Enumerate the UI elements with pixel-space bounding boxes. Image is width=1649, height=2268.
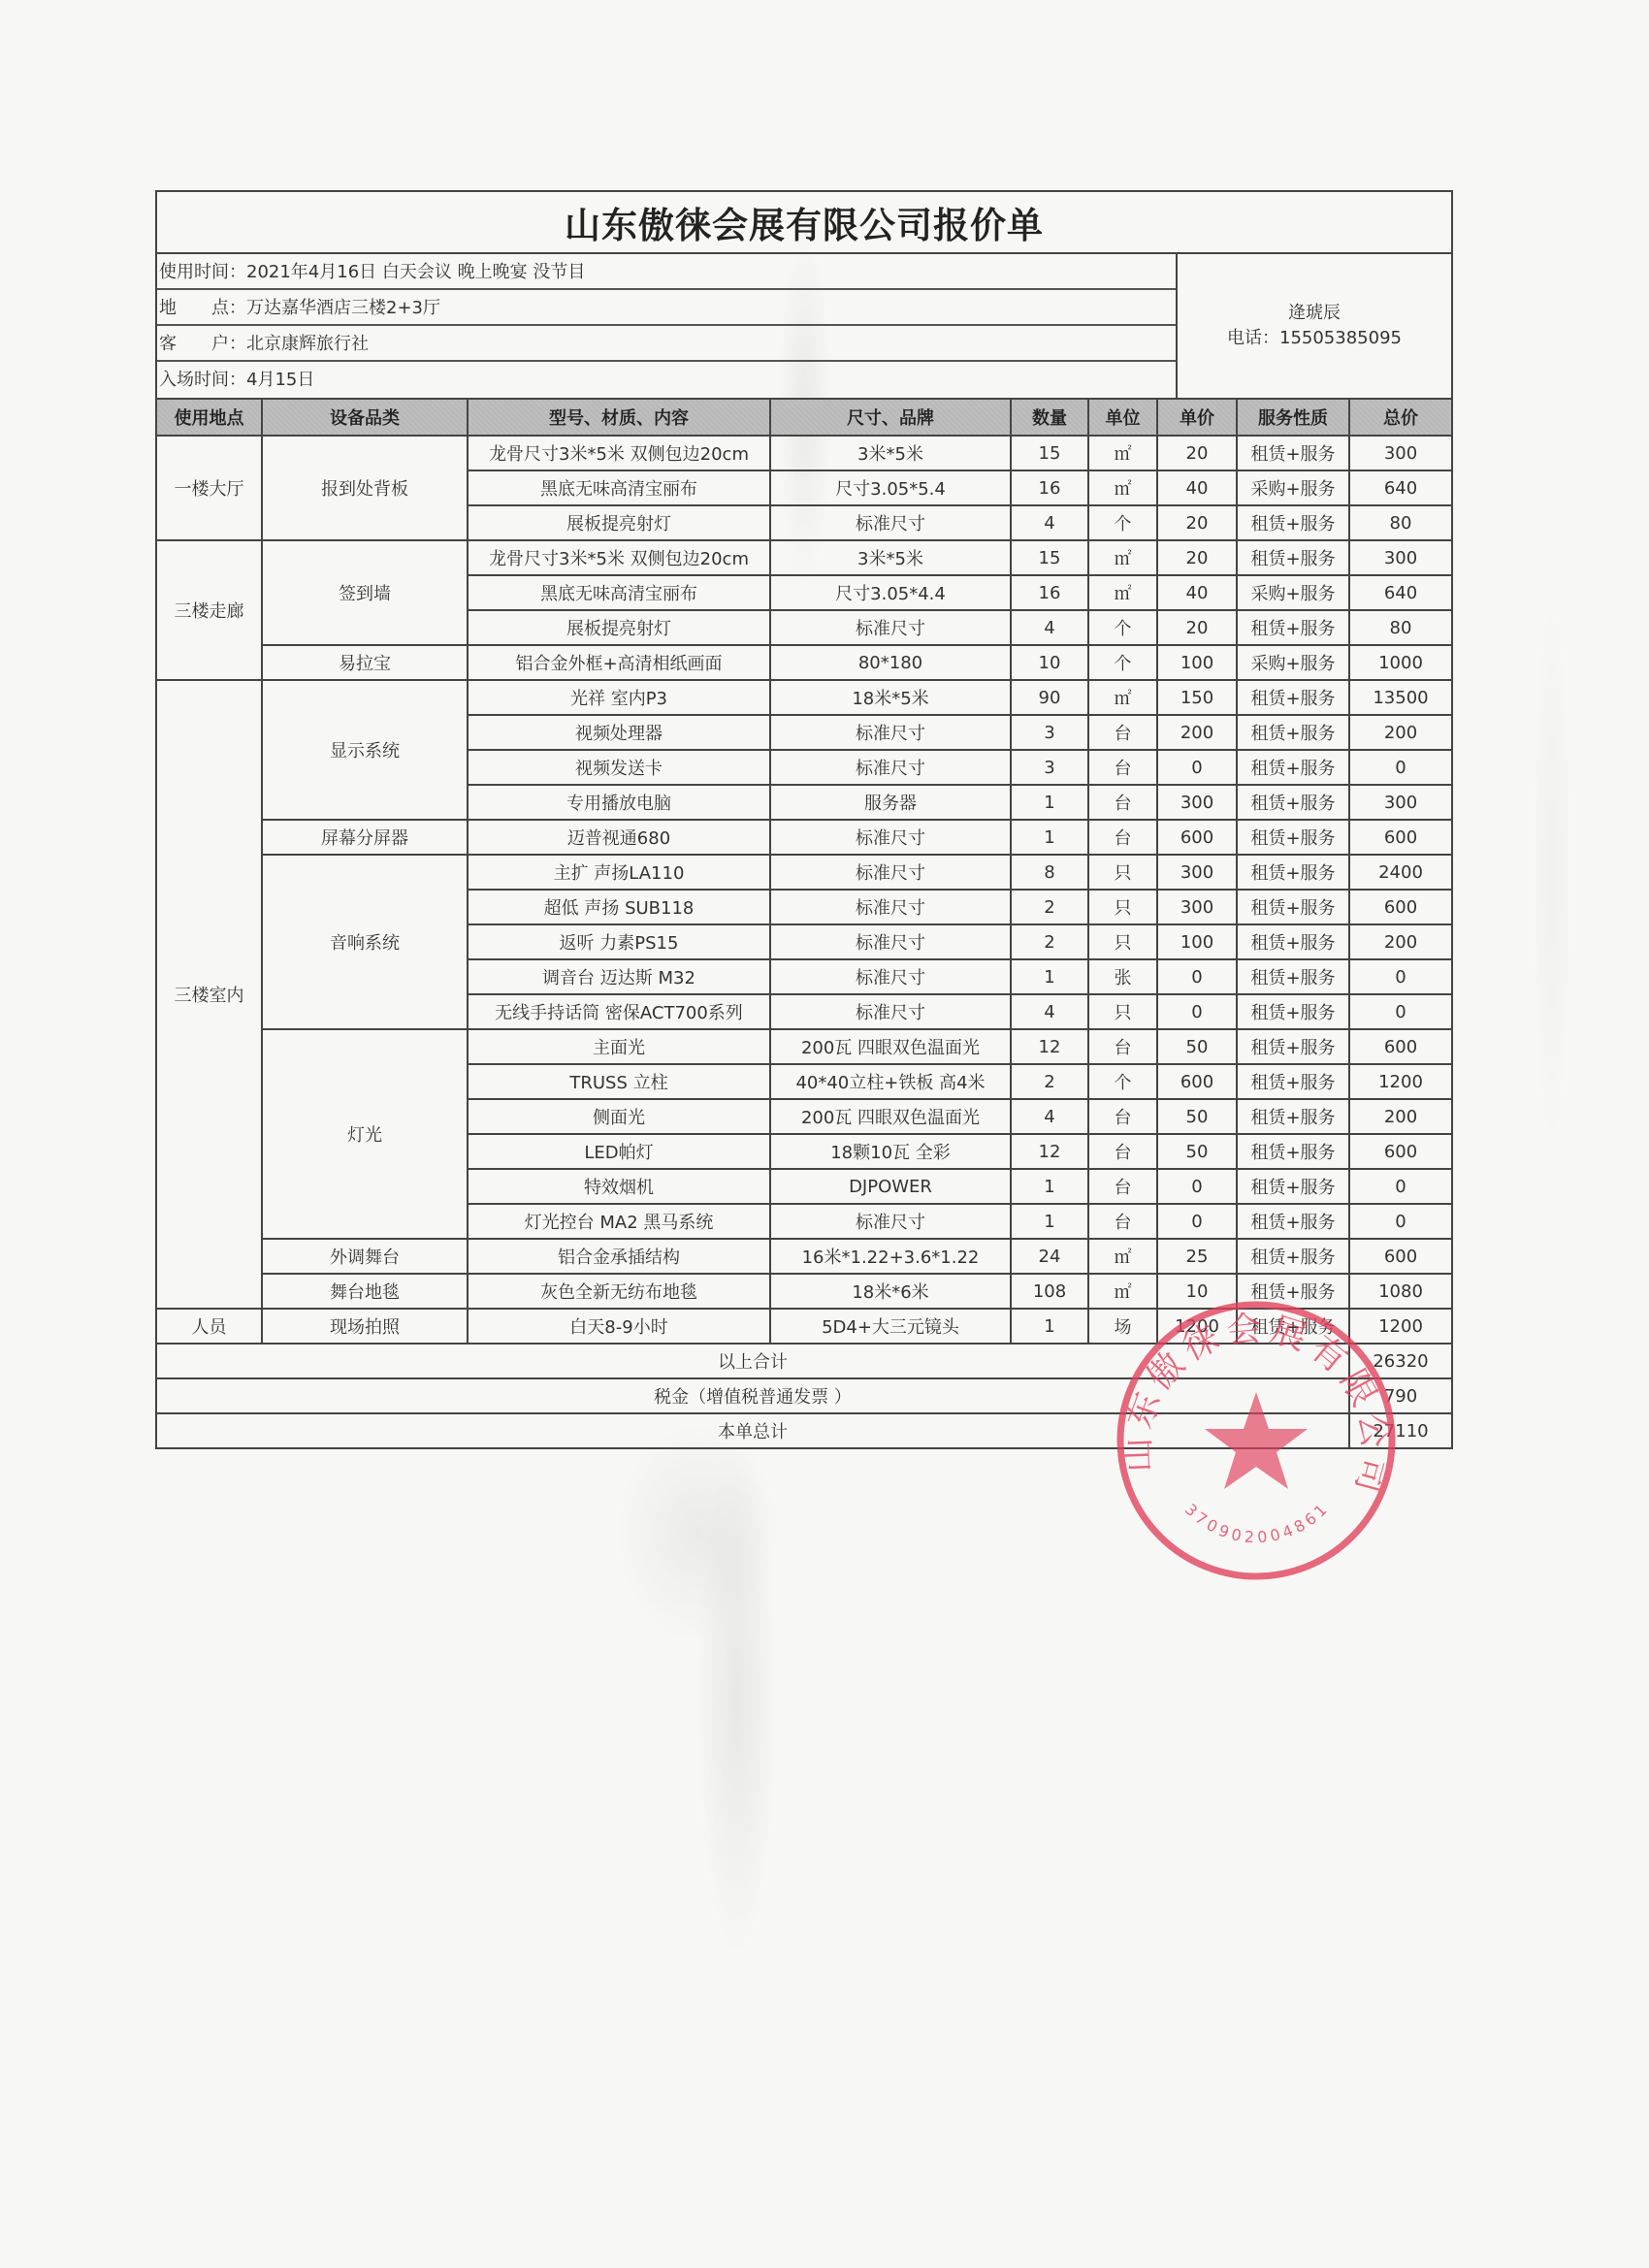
cell-unit-price: 20 (1157, 436, 1237, 470)
cell-service-type: 租赁+服务 (1237, 750, 1349, 785)
cell-item: 迈普视通680 (468, 820, 770, 855)
cell-spec: 3米*5米 (770, 436, 1011, 470)
location: 地 点：万达嘉华酒店三楼2+3厅 (157, 290, 1176, 326)
cell-total: 1080 (1349, 1274, 1451, 1309)
cell-unit-price: 0 (1157, 1204, 1237, 1239)
cell-category: 报到处背板 (262, 436, 468, 540)
cell-total: 0 (1349, 750, 1451, 785)
cell-spec: 18米*5米 (770, 680, 1011, 715)
cell-spec: 18颗10瓦 全彩 (770, 1134, 1011, 1169)
cell-quantity: 1 (1011, 1169, 1088, 1204)
cell-unit-price: 20 (1157, 505, 1237, 540)
cell-unit-price: 200 (1157, 715, 1237, 750)
cell-total: 300 (1349, 540, 1451, 575)
cell-unit: 只 (1088, 924, 1157, 959)
quotation-sheet: 山东傲徕会展有限公司报价单 使用时间：2021年4月16日 白天会议 晚上晚宴 … (155, 190, 1453, 1449)
cell-unit: 只 (1088, 994, 1157, 1029)
cell-unit: ㎡ (1088, 470, 1157, 505)
cell-quantity: 24 (1011, 1239, 1088, 1274)
contact-name: 逄琥辰 (1288, 301, 1341, 326)
cell-service-type: 租赁+服务 (1237, 1239, 1349, 1274)
cell-service-type: 租赁+服务 (1237, 785, 1349, 820)
cell-quantity: 2 (1011, 890, 1088, 924)
cell-service-type: 租赁+服务 (1237, 680, 1349, 715)
cell-quantity: 4 (1011, 610, 1088, 645)
cell-item: 龙骨尺寸3米*5米 双侧包边20cm (468, 540, 770, 575)
table-row: 音响系统主扩 声扬LA110标准尺寸8只300租赁+服务2400 (157, 855, 1451, 890)
table-row: 易拉宝铝合金外框+高清相纸画面80*18010个100采购+服务1000 (157, 645, 1451, 680)
cell-service-type: 租赁+服务 (1237, 540, 1349, 575)
cell-unit: ㎡ (1088, 1274, 1157, 1309)
cell-service-type: 租赁+服务 (1237, 436, 1349, 470)
cell-item: 超低 声扬 SUB118 (468, 890, 770, 924)
cell-item: 主面光 (468, 1029, 770, 1064)
cell-spec: 标准尺寸 (770, 505, 1011, 540)
cell-category: 屏幕分屏器 (262, 820, 468, 855)
cell-item: 主扩 声扬LA110 (468, 855, 770, 890)
cell-unit-price: 150 (1157, 680, 1237, 715)
cell-service-type: 租赁+服务 (1237, 855, 1349, 890)
cell-service-type: 租赁+服务 (1237, 1064, 1349, 1099)
cell-unit: 只 (1088, 855, 1157, 890)
summary-row: 税金（增值税普通发票 ）790 (157, 1378, 1451, 1413)
cell-service-type: 采购+服务 (1237, 575, 1349, 610)
cell-item: 铝合金外框+高清相纸画面 (468, 645, 770, 680)
summary-value: 790 (1349, 1378, 1451, 1413)
summary-label: 以上合计 (157, 1344, 1349, 1378)
cell-total: 640 (1349, 575, 1451, 610)
cell-unit: 台 (1088, 820, 1157, 855)
cell-item: 白天8-9小时 (468, 1309, 770, 1344)
cell-unit: 台 (1088, 1029, 1157, 1064)
cell-spec: 标准尺寸 (770, 994, 1011, 1029)
summary-label: 本单总计 (157, 1413, 1349, 1447)
cell-item: 展板提亮射灯 (468, 610, 770, 645)
cell-quantity: 4 (1011, 1099, 1088, 1134)
cell-unit: 场 (1088, 1309, 1157, 1344)
cell-unit-price: 10 (1157, 1274, 1237, 1309)
cell-service-type: 租赁+服务 (1237, 505, 1349, 540)
info-block: 使用时间：2021年4月16日 白天会议 晚上晚宴 没节目 地 点：万达嘉华酒店… (157, 254, 1451, 400)
cell-service-type: 采购+服务 (1237, 645, 1349, 680)
cell-category: 舞台地毯 (262, 1274, 468, 1309)
cell-unit-price: 50 (1157, 1029, 1237, 1064)
cell-unit: 台 (1088, 715, 1157, 750)
cell-quantity: 12 (1011, 1029, 1088, 1064)
cell-item: 返听 力素PS15 (468, 924, 770, 959)
cell-total: 1200 (1349, 1064, 1451, 1099)
cell-unit-price: 300 (1157, 855, 1237, 890)
table-row: 舞台地毯灰色全新无纺布地毯18米*6米108㎡10租赁+服务1080 (157, 1274, 1451, 1309)
cell-service-type: 租赁+服务 (1237, 994, 1349, 1029)
cell-quantity: 2 (1011, 924, 1088, 959)
cell-unit: 台 (1088, 1134, 1157, 1169)
cell-item: 视频处理器 (468, 715, 770, 750)
cell-quantity: 4 (1011, 505, 1088, 540)
cell-total: 0 (1349, 959, 1451, 994)
cell-unit-price: 100 (1157, 645, 1237, 680)
column-header: 设备品类 (262, 400, 468, 436)
cell-unit-price: 300 (1157, 785, 1237, 820)
cell-quantity: 1 (1011, 959, 1088, 994)
cell-location: 三楼走廊 (157, 540, 262, 680)
cell-item: LED帕灯 (468, 1134, 770, 1169)
cell-total: 80 (1349, 505, 1451, 540)
cell-location: 人员 (157, 1309, 262, 1344)
summary-row: 以上合计26320 (157, 1344, 1451, 1378)
cell-quantity: 15 (1011, 436, 1088, 470)
cell-unit: 台 (1088, 1169, 1157, 1204)
cell-item: 展板提亮射灯 (468, 505, 770, 540)
table-row: 一楼大厅报到处背板龙骨尺寸3米*5米 双侧包边20cm3米*5米15㎡20租赁+… (157, 436, 1451, 470)
cell-item: 调音台 迈达斯 M32 (468, 959, 770, 994)
cell-total: 300 (1349, 436, 1451, 470)
summary-value: 27110 (1349, 1413, 1451, 1447)
client: 客 户：北京康辉旅行社 (157, 326, 1176, 362)
cell-quantity: 90 (1011, 680, 1088, 715)
column-header: 单位 (1088, 400, 1157, 436)
cell-total: 1000 (1349, 645, 1451, 680)
cell-location: 三楼室内 (157, 680, 262, 1309)
cell-unit-price: 40 (1157, 575, 1237, 610)
summary-value: 26320 (1349, 1344, 1451, 1378)
cell-quantity: 4 (1011, 994, 1088, 1029)
cell-unit-price: 1200 (1157, 1309, 1237, 1344)
cell-quantity: 16 (1011, 470, 1088, 505)
cell-quantity: 1 (1011, 785, 1088, 820)
cell-item: 无线手持话筒 密保ACT700系列 (468, 994, 770, 1029)
table-row: 人员现场拍照白天8-9小时5D4+大三元镜头1场1200租赁+服务1200 (157, 1309, 1451, 1344)
document-title: 山东傲徕会展有限公司报价单 (157, 192, 1451, 254)
table-row: 灯光主面光200瓦 四眼双色温面光12台50租赁+服务600 (157, 1029, 1451, 1064)
cell-service-type: 租赁+服务 (1237, 924, 1349, 959)
cell-service-type: 租赁+服务 (1237, 1029, 1349, 1064)
cell-unit: 台 (1088, 750, 1157, 785)
cell-total: 2400 (1349, 855, 1451, 890)
cell-service-type: 采购+服务 (1237, 470, 1349, 505)
cell-unit-price: 600 (1157, 1064, 1237, 1099)
cell-spec: 40*40立柱+铁板 高4米 (770, 1064, 1011, 1099)
event-info: 使用时间：2021年4月16日 白天会议 晚上晚宴 没节目 地 点：万达嘉华酒店… (157, 254, 1178, 398)
cell-category: 外调舞台 (262, 1239, 468, 1274)
cell-spec: DJPOWER (770, 1169, 1011, 1204)
column-header: 单价 (1157, 400, 1237, 436)
cell-unit-price: 0 (1157, 994, 1237, 1029)
cell-spec: 标准尺寸 (770, 750, 1011, 785)
cell-unit: 张 (1088, 959, 1157, 994)
column-header: 总价 (1349, 400, 1451, 436)
cell-unit: 个 (1088, 645, 1157, 680)
cell-spec: 标准尺寸 (770, 715, 1011, 750)
cell-quantity: 16 (1011, 575, 1088, 610)
use-time: 使用时间：2021年4月16日 白天会议 晚上晚宴 没节目 (157, 254, 1176, 290)
cell-total: 0 (1349, 1204, 1451, 1239)
cell-item: 灯光控台 MA2 黑马系统 (468, 1204, 770, 1239)
cell-item: 侧面光 (468, 1099, 770, 1134)
cell-item: 灰色全新无纺布地毯 (468, 1274, 770, 1309)
cell-total: 600 (1349, 890, 1451, 924)
cell-service-type: 租赁+服务 (1237, 1134, 1349, 1169)
cell-service-type: 租赁+服务 (1237, 959, 1349, 994)
cell-total: 1200 (1349, 1309, 1451, 1344)
cell-quantity: 8 (1011, 855, 1088, 890)
cell-total: 600 (1349, 1134, 1451, 1169)
cell-item: 光祥 室内P3 (468, 680, 770, 715)
cell-unit-price: 0 (1157, 959, 1237, 994)
cell-spec: 200瓦 四眼双色温面光 (770, 1029, 1011, 1064)
cell-total: 200 (1349, 924, 1451, 959)
cell-unit: ㎡ (1088, 680, 1157, 715)
cell-spec: 尺寸3.05*5.4 (770, 470, 1011, 505)
column-header: 型号、材质、内容 (468, 400, 770, 436)
cell-unit-price: 300 (1157, 890, 1237, 924)
cell-total: 200 (1349, 715, 1451, 750)
cell-item: 特效烟机 (468, 1169, 770, 1204)
cell-service-type: 租赁+服务 (1237, 1099, 1349, 1134)
cell-spec: 80*180 (770, 645, 1011, 680)
cell-unit-price: 20 (1157, 610, 1237, 645)
cell-quantity: 3 (1011, 715, 1088, 750)
cell-quantity: 12 (1011, 1134, 1088, 1169)
cell-category: 签到墙 (262, 540, 468, 645)
table-row: 外调舞台铝合金承插结构16米*1.22+3.6*1.2224㎡25租赁+服务60… (157, 1239, 1451, 1274)
table-header: 使用地点设备品类型号、材质、内容尺寸、品牌数量单位单价服务性质总价 (157, 400, 1451, 436)
cell-spec: 标准尺寸 (770, 1204, 1011, 1239)
cell-service-type: 租赁+服务 (1237, 820, 1349, 855)
cell-item: 视频发送卡 (468, 750, 770, 785)
cell-unit-price: 100 (1157, 924, 1237, 959)
cell-unit-price: 20 (1157, 540, 1237, 575)
cell-unit: 台 (1088, 1204, 1157, 1239)
cell-service-type: 租赁+服务 (1237, 715, 1349, 750)
column-header: 尺寸、品牌 (770, 400, 1011, 436)
cell-spec: 标准尺寸 (770, 610, 1011, 645)
cell-unit-price: 25 (1157, 1239, 1237, 1274)
cell-total: 600 (1349, 820, 1451, 855)
cell-service-type: 租赁+服务 (1237, 890, 1349, 924)
table-row: 三楼走廊签到墙龙骨尺寸3米*5米 双侧包边20cm3米*5米15㎡20租赁+服务… (157, 540, 1451, 575)
cell-location: 一楼大厅 (157, 436, 262, 540)
cell-unit-price: 50 (1157, 1099, 1237, 1134)
contact-phone: 电话：15505385095 (1227, 326, 1402, 351)
cell-item: 龙骨尺寸3米*5米 双侧包边20cm (468, 436, 770, 470)
cell-unit: 台 (1088, 1099, 1157, 1134)
cell-total: 300 (1349, 785, 1451, 820)
cell-quantity: 1 (1011, 1309, 1088, 1344)
cell-spec: 3米*5米 (770, 540, 1011, 575)
cell-spec: 标准尺寸 (770, 959, 1011, 994)
cell-unit-price: 40 (1157, 470, 1237, 505)
cell-quantity: 10 (1011, 645, 1088, 680)
cell-category: 灯光 (262, 1029, 468, 1239)
cell-quantity: 1 (1011, 1204, 1088, 1239)
entry-time: 入场时间：4月15日 (157, 362, 1176, 398)
cell-service-type: 租赁+服务 (1237, 1309, 1349, 1344)
cell-quantity: 2 (1011, 1064, 1088, 1099)
cell-unit-price: 50 (1157, 1134, 1237, 1169)
quote-table: 使用地点设备品类型号、材质、内容尺寸、品牌数量单位单价服务性质总价 一楼大厅报到… (157, 400, 1451, 1447)
column-header: 使用地点 (157, 400, 262, 436)
cell-service-type: 租赁+服务 (1237, 1204, 1349, 1239)
cell-unit: 个 (1088, 610, 1157, 645)
cell-spec: 尺寸3.05*4.4 (770, 575, 1011, 610)
cell-spec: 18米*6米 (770, 1274, 1011, 1309)
cell-total: 0 (1349, 1169, 1451, 1204)
cell-category: 显示系统 (262, 680, 468, 820)
cell-spec: 标准尺寸 (770, 890, 1011, 924)
cell-spec: 标准尺寸 (770, 924, 1011, 959)
cell-category: 现场拍照 (262, 1309, 468, 1344)
cell-unit-price: 0 (1157, 750, 1237, 785)
cell-item: 黑底无味高清宝丽布 (468, 575, 770, 610)
cell-item: TRUSS 立柱 (468, 1064, 770, 1099)
cell-total: 640 (1349, 470, 1451, 505)
cell-spec: 标准尺寸 (770, 820, 1011, 855)
contact-info: 逄琥辰 电话：15505385095 (1178, 254, 1451, 398)
summary-row: 本单总计27110 (157, 1413, 1451, 1447)
cell-category: 易拉宝 (262, 645, 468, 680)
cell-unit: 台 (1088, 785, 1157, 820)
table-row: 屏幕分屏器迈普视通680标准尺寸1台600租赁+服务600 (157, 820, 1451, 855)
column-header: 数量 (1011, 400, 1088, 436)
cell-total: 80 (1349, 610, 1451, 645)
cell-unit: ㎡ (1088, 436, 1157, 470)
column-header: 服务性质 (1237, 400, 1349, 436)
cell-quantity: 3 (1011, 750, 1088, 785)
cell-total: 0 (1349, 994, 1451, 1029)
cell-unit: ㎡ (1088, 1239, 1157, 1274)
cell-category: 音响系统 (262, 855, 468, 1029)
cell-spec: 16米*1.22+3.6*1.22 (770, 1239, 1011, 1274)
summary-label: 税金（增值税普通发票 ） (157, 1378, 1349, 1413)
cell-total: 600 (1349, 1239, 1451, 1274)
cell-unit: 个 (1088, 1064, 1157, 1099)
cell-total: 200 (1349, 1099, 1451, 1134)
cell-quantity: 15 (1011, 540, 1088, 575)
cell-unit-price: 600 (1157, 820, 1237, 855)
cell-spec: 5D4+大三元镜头 (770, 1309, 1011, 1344)
cell-spec: 标准尺寸 (770, 855, 1011, 890)
cell-unit: ㎡ (1088, 575, 1157, 610)
cell-unit: 只 (1088, 890, 1157, 924)
cell-spec: 服务器 (770, 785, 1011, 820)
cell-item: 黑底无味高清宝丽布 (468, 470, 770, 505)
cell-unit-price: 0 (1157, 1169, 1237, 1204)
cell-spec: 200瓦 四眼双色温面光 (770, 1099, 1011, 1134)
cell-quantity: 108 (1011, 1274, 1088, 1309)
cell-service-type: 租赁+服务 (1237, 610, 1349, 645)
cell-total: 600 (1349, 1029, 1451, 1064)
cell-total: 13500 (1349, 680, 1451, 715)
cell-unit: ㎡ (1088, 540, 1157, 575)
cell-item: 铝合金承插结构 (468, 1239, 770, 1274)
cell-unit: 个 (1088, 505, 1157, 540)
cell-quantity: 1 (1011, 820, 1088, 855)
cell-service-type: 租赁+服务 (1237, 1274, 1349, 1309)
cell-item: 专用播放电脑 (468, 785, 770, 820)
cell-service-type: 租赁+服务 (1237, 1169, 1349, 1204)
table-row: 三楼室内显示系统光祥 室内P318米*5米90㎡150租赁+服务13500 (157, 680, 1451, 715)
